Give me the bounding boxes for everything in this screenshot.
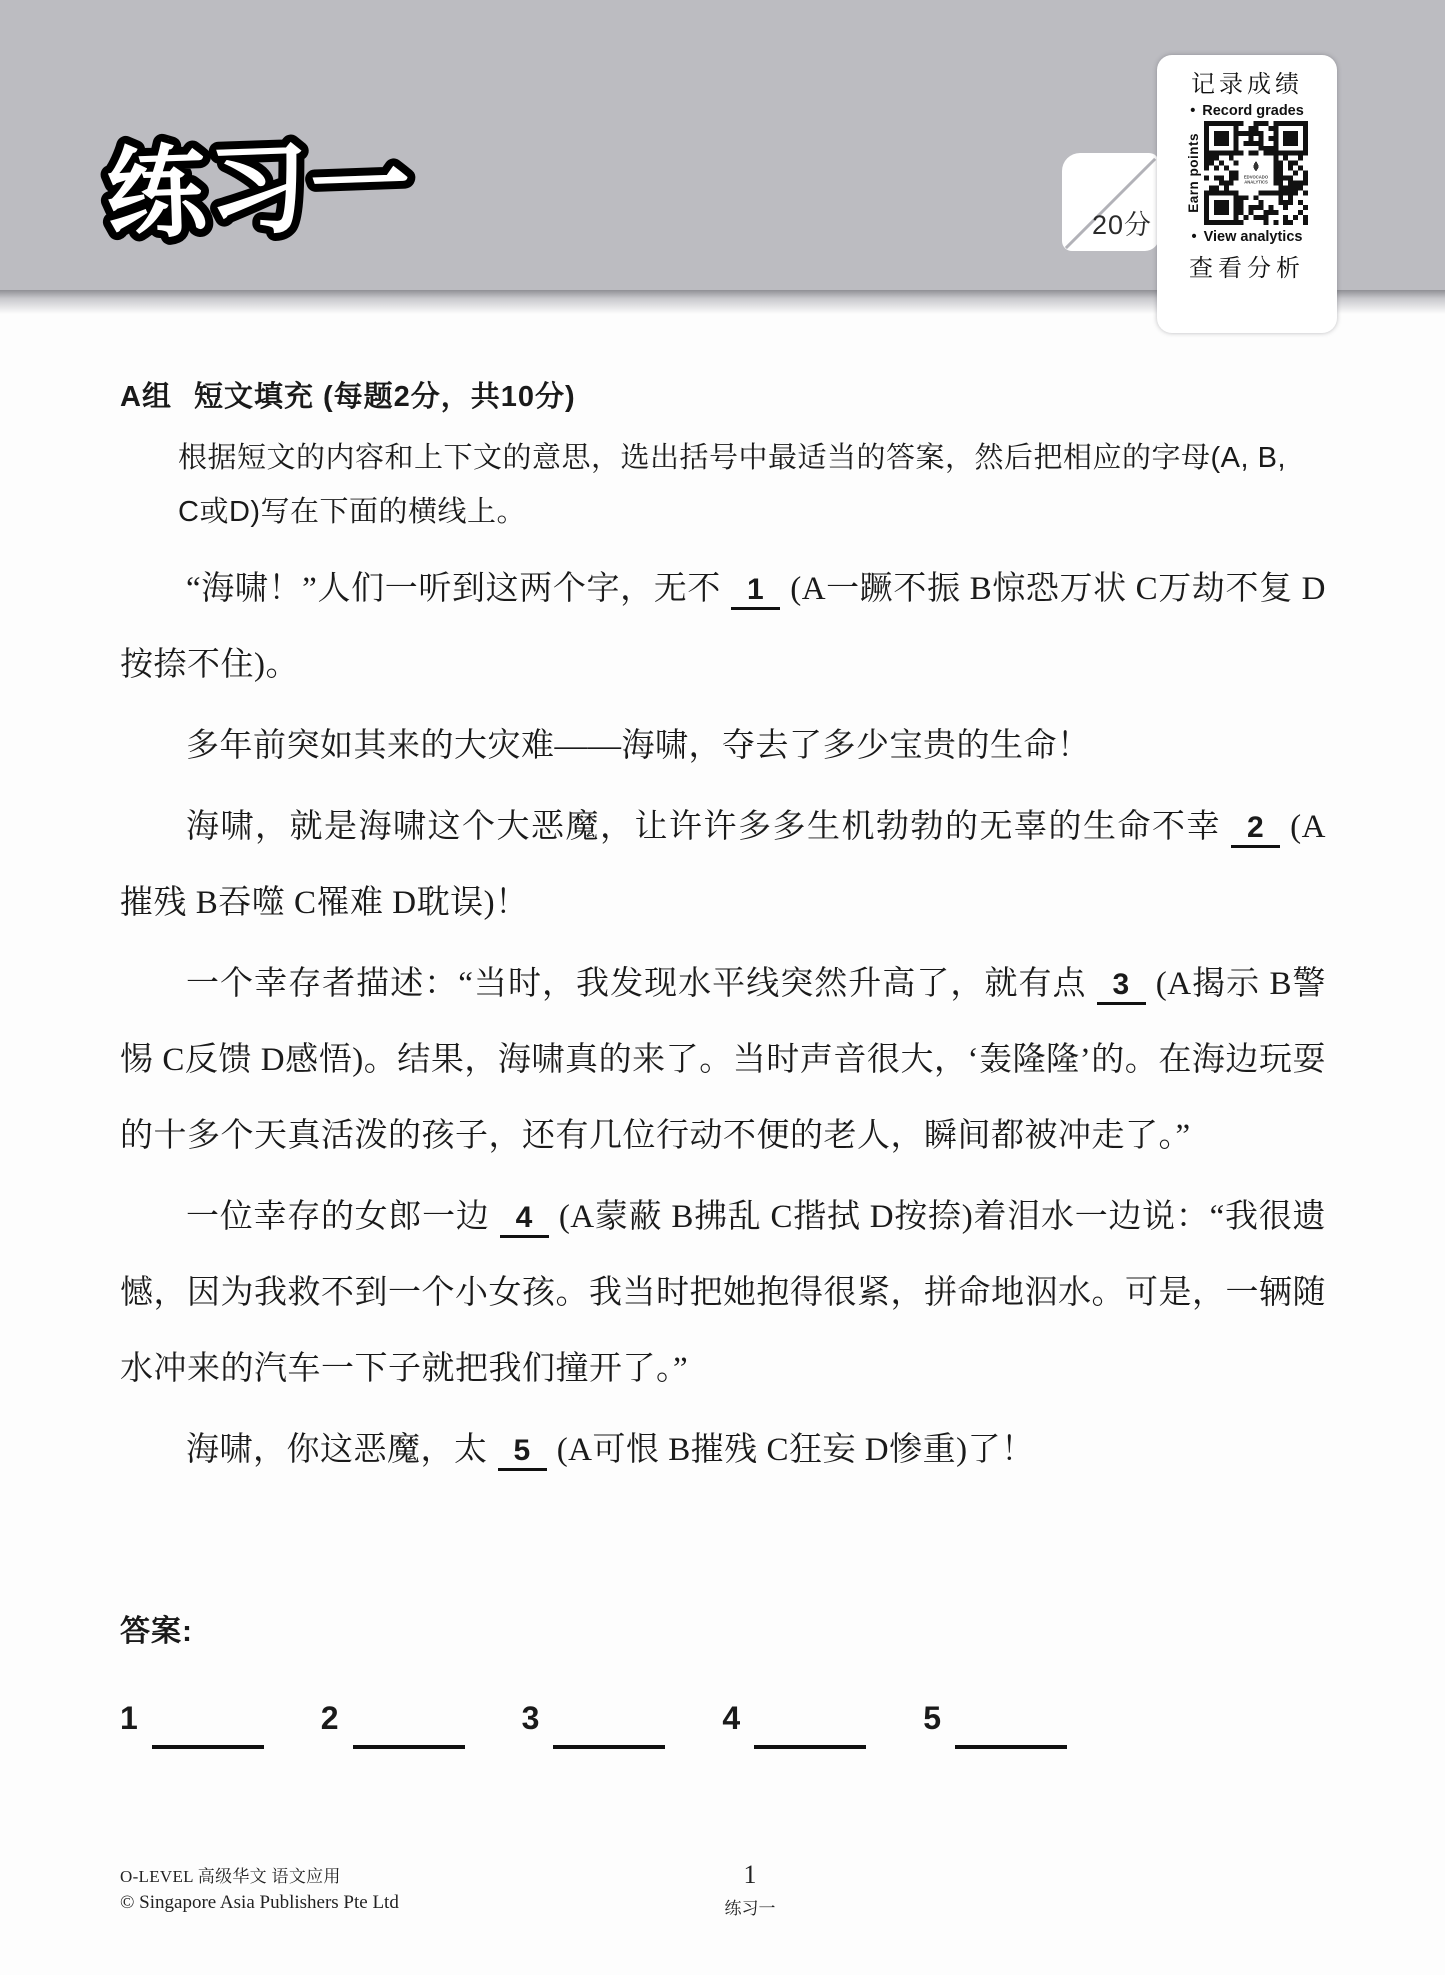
svg-text:ANALYTICS: ANALYTICS (1244, 179, 1268, 184)
qr-panel-title-top: 记录成绩 (1191, 64, 1303, 99)
section-title: 短文填充 (每题2分，共10分) (194, 381, 576, 413)
qr-panel: 记录成绩 •Record grades Earn points EDVOCA (1157, 55, 1337, 333)
blank-1: 1 (731, 571, 780, 610)
blank-3: 3 (1097, 966, 1146, 1005)
worksheet-page: 练习一 20分 记录成绩 •Record grades Earn points (0, 0, 1445, 1975)
answer-blank-line-5 (955, 1744, 1067, 1749)
exercise-title-calligraphy: 练习一 (100, 92, 420, 272)
qr-panel-title-bottom: 查看分析 (1189, 248, 1305, 283)
score-box: 20分 (1062, 153, 1159, 251)
answer-blank-line-1 (152, 1744, 264, 1749)
answer-item-4: 4 (722, 1700, 866, 1737)
answers-section: 答案: 1 2 3 4 5 (120, 1606, 1445, 1737)
passage-paragraph-5: 一位幸存的女郎一边4(A蒙蔽 B拂乱 C揩拭 D按捺)着泪水一边说：“我很遗憾，… (120, 1179, 1326, 1407)
footer-series-title: O-LEVEL 高级华文 语文应用 (120, 1862, 399, 1887)
answer-blank-line-2 (353, 1744, 465, 1749)
answer-number: 1 (120, 1700, 138, 1737)
answer-item-3: 3 (522, 1700, 666, 1737)
passage-paragraph-3: 海啸，就是海啸这个大恶魔，让许许多多生机勃勃的无辜的生命不幸2(A摧残 B吞噬 … (120, 789, 1326, 941)
answer-number: 2 (321, 1700, 339, 1737)
answer-item-1: 1 (120, 1700, 264, 1737)
score-label: 20分 (1092, 203, 1152, 242)
blank-4: 4 (500, 1199, 549, 1238)
passage-paragraph-4: 一个幸存者描述：“当时，我发现水平线突然升高了，就有点3(A揭示 B警惕 C反馈… (120, 946, 1326, 1174)
qr-code-icon: EDVOCADO ANALYTICS (1204, 121, 1308, 225)
qr-bullet-record-grades: •Record grades (1190, 103, 1304, 119)
answer-item-2: 2 (321, 1700, 465, 1737)
qr-bullet-view-analytics: •View analytics (1192, 229, 1303, 245)
qr-side-label-earn-points: Earn points (1186, 133, 1201, 213)
answers-row: 1 2 3 4 5 (120, 1700, 1445, 1737)
bullet-icon: • (1192, 229, 1197, 245)
qr-center-logo: EDVOCADO ANALYTICS (1242, 159, 1271, 188)
section-group-label: A组 (120, 381, 172, 413)
instructions-line-2: C或D)写在下面的横线上。 (178, 485, 1348, 539)
blank-2: 2 (1231, 809, 1280, 848)
instructions: 根据短文的内容和上下文的意思，选出括号中最适当的答案，然后把相应的字母(A, B… (178, 431, 1348, 539)
answer-item-5: 5 (923, 1700, 1067, 1737)
footer-page-info: 1 练习一 (690, 1860, 810, 1919)
blank-5: 5 (498, 1432, 547, 1471)
instructions-line-1: 根据短文的内容和上下文的意思，选出括号中最适当的答案，然后把相应的字母(A, B… (178, 431, 1348, 485)
passage-paragraph-2: 多年前突如其来的大灾难——海啸，夺去了多少宝贵的生命！ (120, 708, 1326, 784)
passage-paragraph-1: “海啸！”人们一听到这两个字，无不1(A一蹶不振 B惊恐万状 C万劫不复 D按捺… (120, 551, 1326, 703)
answers-label: 答案: (120, 1606, 1445, 1650)
page-label: 练习一 (690, 1894, 810, 1919)
footer-imprint: O-LEVEL 高级华文 语文应用 © Singapore Asia Publi… (120, 1862, 399, 1914)
answer-number: 5 (923, 1700, 941, 1737)
footer-copyright: © Singapore Asia Publishers Pte Ltd (120, 1892, 399, 1914)
section-heading: A组短文填充 (每题2分，共10分) (120, 374, 1445, 415)
bullet-icon: • (1190, 103, 1195, 119)
exercise-title: 练习一 (104, 125, 414, 254)
worksheet-content: A组短文填充 (每题2分，共10分) 根据短文的内容和上下文的意思，选出括号中最… (0, 314, 1445, 1737)
answer-blank-line-4 (754, 1744, 866, 1749)
answer-blank-line-3 (553, 1744, 665, 1749)
passage-paragraph-6: 海啸，你这恶魔，太5(A可恨 B摧残 C狂妄 D惨重)了！ (120, 1412, 1326, 1488)
answer-number: 3 (522, 1700, 540, 1737)
passage: “海啸！”人们一听到这两个字，无不1(A一蹶不振 B惊恐万状 C万劫不复 D按捺… (120, 551, 1326, 1488)
page-number: 1 (690, 1860, 810, 1890)
answer-number: 4 (722, 1700, 740, 1737)
